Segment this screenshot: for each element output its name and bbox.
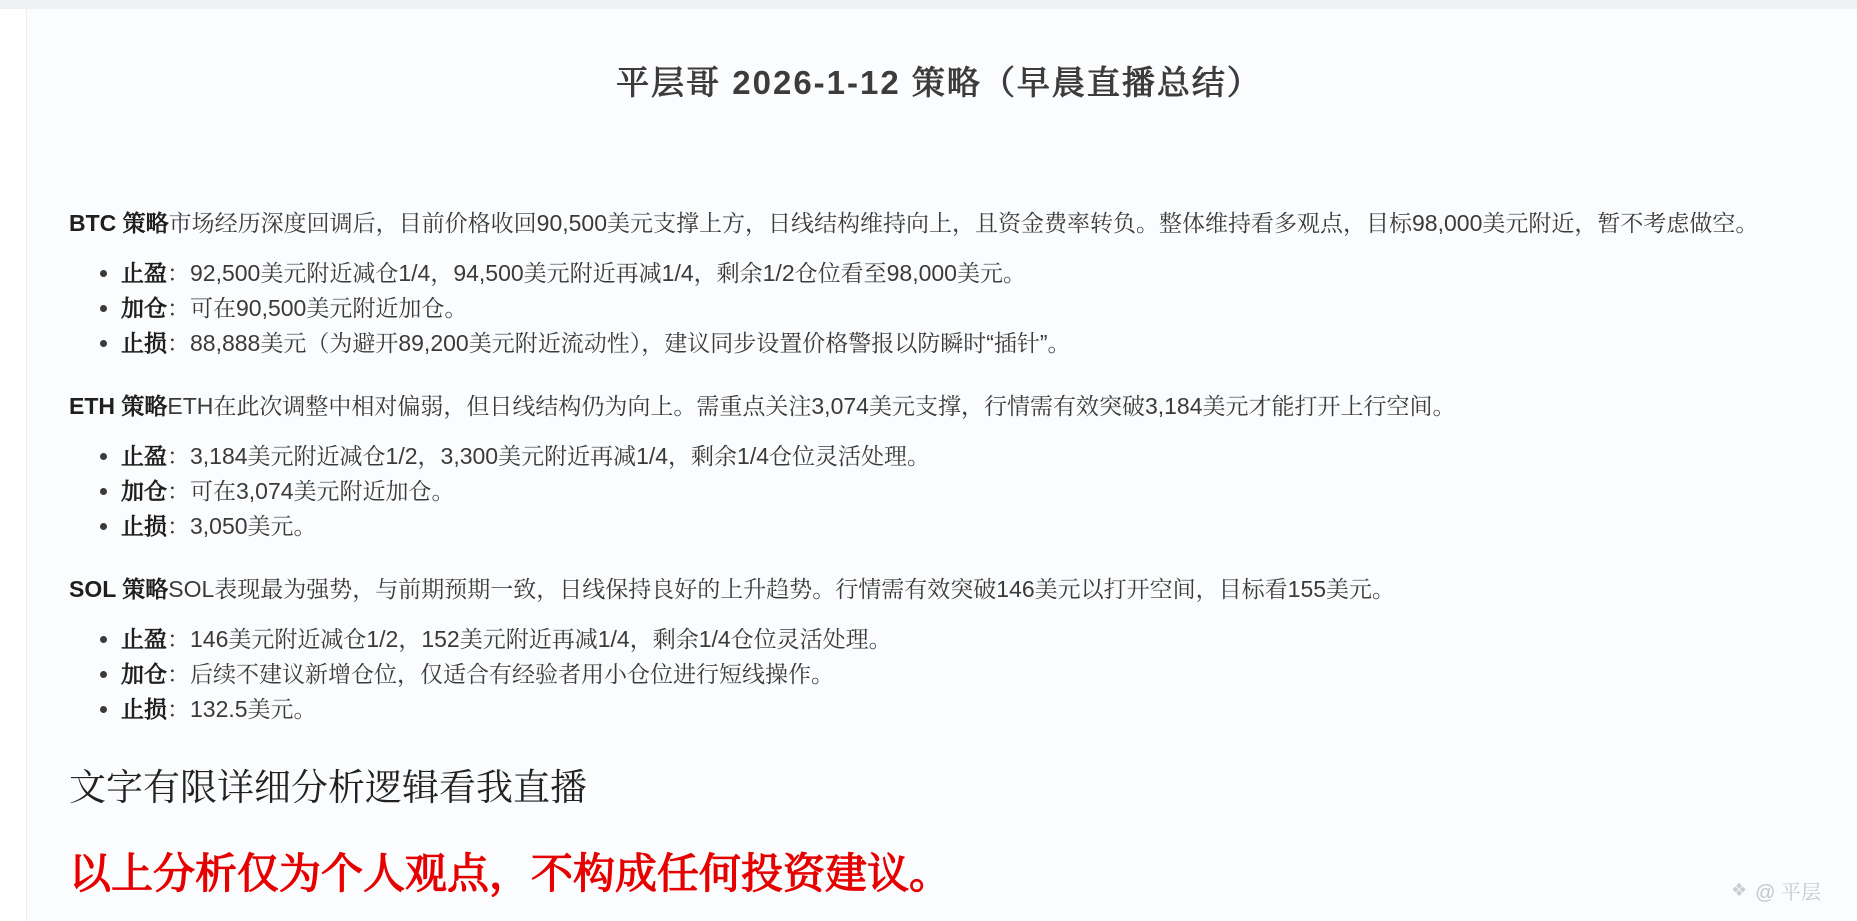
section-heading-sol: SOL 策略SOL表现最为强势，与前期预期一致，日线保持良好的上升趋势。行情需有… (69, 570, 1809, 608)
bullet-label: 加仓 (121, 295, 167, 321)
bullet-add-position: 加仓：可在3,074美元附近加仓。 (121, 474, 1809, 509)
bullet-label: 止盈 (121, 260, 167, 286)
bullet-label: 加仓 (121, 478, 167, 504)
bullet-add-position: 加仓：可在90,500美元附近加仓。 (121, 291, 1809, 326)
bullet-text: ：146美元附近减仓1/2，152美元附近再减1/4，剩余1/4仓位灵活处理。 (167, 626, 892, 652)
strategy-list-sol: 止盈：146美元附近减仓1/2，152美元附近再减1/4，剩余1/4仓位灵活处理… (69, 622, 1809, 727)
bullet-label: 止损 (121, 330, 167, 356)
bullet-text: ：88,888美元（为避开89,200美元附近流动性），建议同步设置价格警报以防… (167, 330, 1071, 356)
watermark-text: @ 平层 (1755, 876, 1821, 905)
bullet-label: 止盈 (121, 626, 167, 652)
bullet-text: ：可在3,074美元附近加仓。 (167, 478, 455, 504)
section-heading-eth: ETH 策略ETH在此次调整中相对偏弱，但日线结构仍为向上。需重点关注3,074… (69, 387, 1809, 425)
bullet-stop-loss: 止损：88,888美元（为避开89,200美元附近流动性），建议同步设置价格警报… (121, 326, 1809, 361)
bullet-text: ：92,500美元附近减仓1/4，94,500美元附近再减1/4，剩余1/2仓位… (167, 260, 1026, 286)
bullet-text: ：3,050美元。 (167, 513, 317, 539)
bullet-text: ：132.5美元。 (167, 696, 317, 722)
page-title: 平层哥 2026-1-12 策略（早晨直播总结） (69, 57, 1809, 104)
bullet-text: ：后续不建议新增仓位，仅适合有经验者用小仓位进行短线操作。 (167, 661, 834, 687)
bullet-text: ：3,184美元附近减仓1/2，3,300美元附近再减1/4，剩余1/4仓位灵活… (167, 443, 930, 469)
bullet-stop-loss: 止损：3,050美元。 (121, 509, 1809, 544)
bullet-add-position: 加仓：后续不建议新增仓位，仅适合有经验者用小仓位进行短线操作。 (121, 657, 1809, 692)
section-coin-label: ETH 策略 (69, 393, 167, 419)
bullet-take-profit: 止盈：146美元附近减仓1/2，152美元附近再减1/4，剩余1/4仓位灵活处理… (121, 622, 1809, 657)
section-summary: 市场经历深度回调后，目前价格收回90,500美元支撑上方，日线结构维持向上，且资… (169, 210, 1759, 236)
strategy-list-btc: 止盈：92,500美元附近减仓1/4，94,500美元附近再减1/4，剩余1/2… (69, 256, 1809, 361)
bullet-take-profit: 止盈：3,184美元附近减仓1/2，3,300美元附近再减1/4，剩余1/4仓位… (121, 439, 1809, 474)
section-coin-label: BTC 策略 (69, 210, 169, 236)
watermark: ❖ @ 平层 (1731, 876, 1821, 905)
livestream-note: 文字有限详细分析逻辑看我直播 (69, 757, 1809, 811)
bullet-stop-loss: 止损：132.5美元。 (121, 692, 1809, 727)
window-top-strip (0, 0, 1857, 9)
document-page: 平层哥 2026-1-12 策略（早晨直播总结） BTC 策略市场经历深度回调后… (26, 9, 1857, 921)
strategy-list-eth: 止盈：3,184美元附近减仓1/2，3,300美元附近再减1/4，剩余1/4仓位… (69, 439, 1809, 544)
document-content: 平层哥 2026-1-12 策略（早晨直播总结） BTC 策略市场经历深度回调后… (27, 9, 1857, 901)
section-summary: SOL表现最为强势，与前期预期一致，日线保持良好的上升趋势。行情需有效突破146… (168, 576, 1395, 602)
logo-diamond-icon: ❖ (1731, 880, 1747, 901)
disclaimer-text: 以上分析仅为个人观点，不构成任何投资建议。 (69, 841, 1809, 901)
section-coin-label: SOL 策略 (69, 576, 168, 602)
bullet-label: 止盈 (121, 443, 167, 469)
bullet-take-profit: 止盈：92,500美元附近减仓1/4，94,500美元附近再减1/4，剩余1/2… (121, 256, 1809, 291)
bullet-label: 止损 (121, 696, 167, 722)
section-summary: ETH在此次调整中相对偏弱，但日线结构仍为向上。需重点关注3,074美元支撑，行… (167, 393, 1455, 419)
bullet-label: 加仓 (121, 661, 167, 687)
bullet-label: 止损 (121, 513, 167, 539)
section-heading-btc: BTC 策略市场经历深度回调后，目前价格收回90,500美元支撑上方，日线结构维… (69, 204, 1809, 242)
bullet-text: ：可在90,500美元附近加仓。 (167, 295, 467, 321)
